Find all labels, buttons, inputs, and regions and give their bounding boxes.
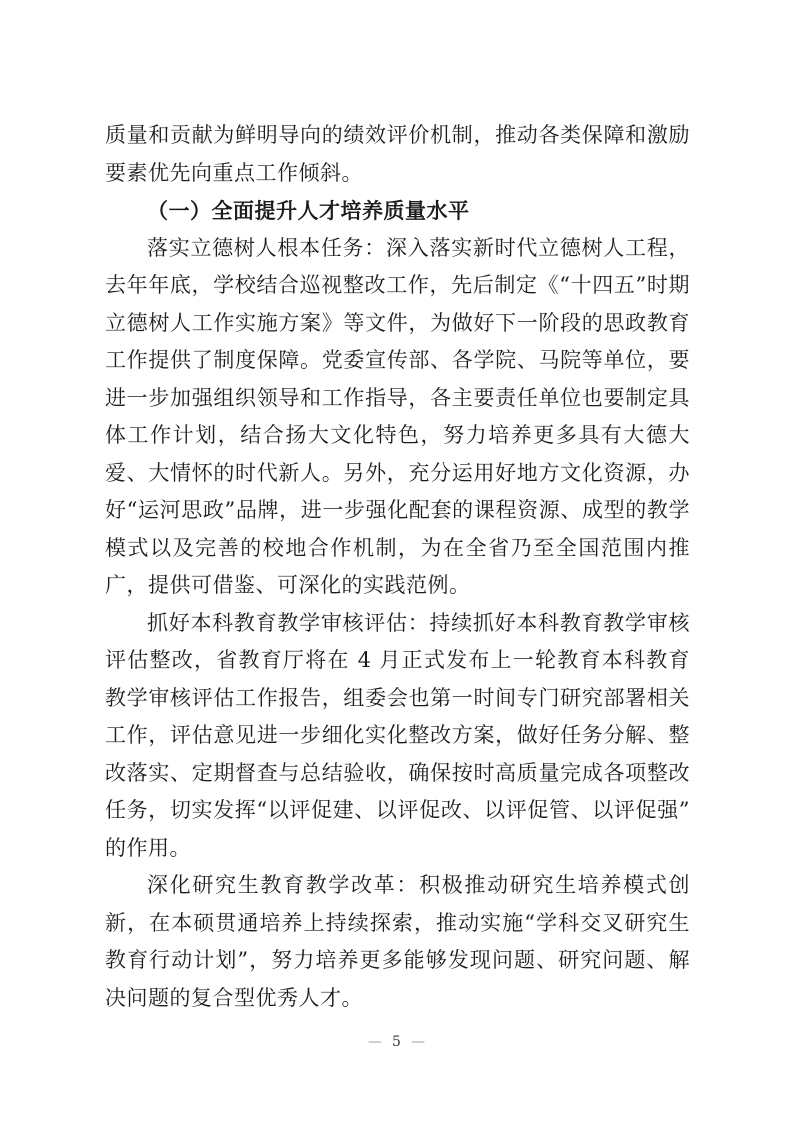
page-footer: —5—: [0, 1033, 793, 1051]
footer-dash-right: —: [405, 1034, 431, 1050]
paragraph: 落实立德树人根本任务：深入落实新时代立德树人工程，去年年底，学校结合巡视整改工作…: [105, 230, 690, 605]
page-body: 质量和贡献为鲜明导向的绩效评价机制，推动各类保障和激励要素优先向重点工作倾斜。 …: [105, 117, 690, 1017]
footer-dash-left: —: [362, 1034, 388, 1050]
section-heading: （一）全面提升人才培养质量水平: [105, 192, 690, 230]
document-page: 质量和贡献为鲜明导向的绩效评价机制，推动各类保障和激励要素优先向重点工作倾斜。 …: [0, 0, 793, 1122]
paragraph-continuation: 质量和贡献为鲜明导向的绩效评价机制，推动各类保障和激励要素优先向重点工作倾斜。: [105, 117, 690, 192]
page-number: 5: [388, 1034, 405, 1050]
paragraph: 深化研究生教育教学改革：积极推动研究生培养模式创新，在本硕贯通培养上持续探索，推…: [105, 867, 690, 1017]
paragraph: 抓好本科教育教学审核评估：持续抓好本科教育教学审核评估整改，省教育厅将在 4 月…: [105, 605, 690, 868]
